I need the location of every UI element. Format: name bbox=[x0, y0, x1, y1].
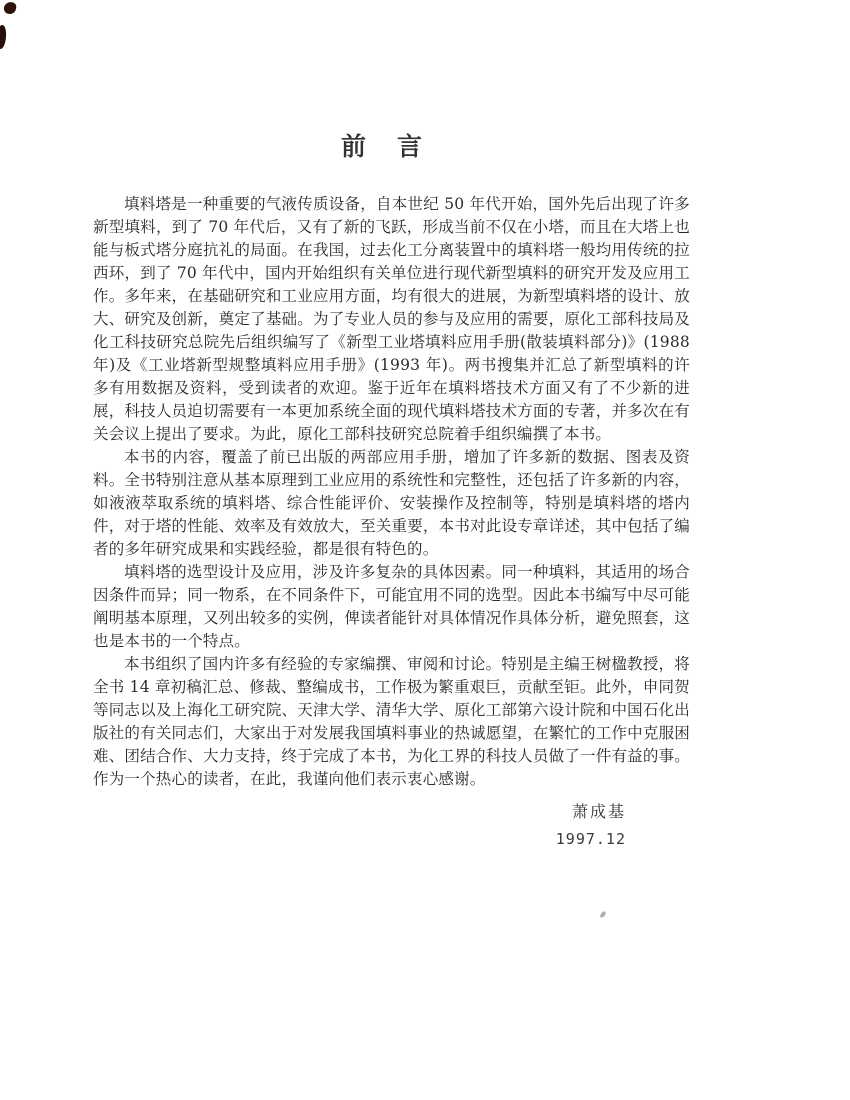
ink-blot-artifact bbox=[3, 1, 17, 15]
scan-speck-artifact bbox=[600, 910, 607, 918]
ink-blot-artifact bbox=[0, 25, 7, 50]
signature-date: 1997.12 bbox=[93, 830, 690, 848]
preface-body: 填料塔是一种重要的气液传质设备，自本世纪 50 年代开始，国外先后出现了许多新型… bbox=[93, 193, 690, 791]
preface-paragraph-4: 本书组织了国内许多有经验的专家编撰、审阅和讨论。特别是主编王树楹教授，将全书 1… bbox=[93, 653, 690, 791]
scanned-book-page: 前 言 填料塔是一种重要的气液传质设备，自本世纪 50 年代开始，国外先后出现了… bbox=[0, 0, 850, 1100]
preface-paragraph-2: 本书的内容，覆盖了前已出版的两部应用手册，增加了许多新的数据、图表及资料。全书特… bbox=[93, 446, 690, 561]
preface-paragraph-1: 填料塔是一种重要的气液传质设备，自本世纪 50 年代开始，国外先后出现了许多新型… bbox=[93, 193, 690, 446]
page-title: 前 言 bbox=[93, 127, 673, 163]
signature-block: 萧成基 1997.12 bbox=[93, 799, 690, 848]
author-name: 萧成基 bbox=[93, 799, 690, 822]
preface-paragraph-3: 填料塔的选型设计及应用，涉及许多复杂的具体因素。同一种填料，其适用的场合因条件而… bbox=[93, 561, 690, 653]
